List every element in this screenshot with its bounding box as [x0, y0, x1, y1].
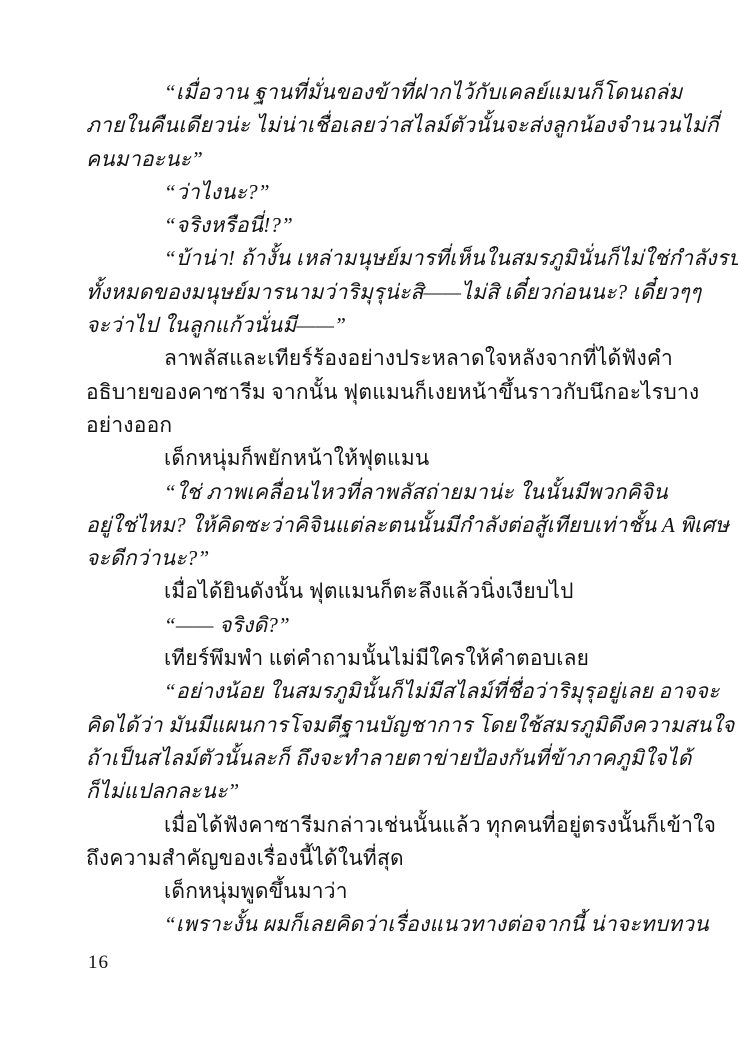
text-line: ก็ไม่แปลกละนะ” — [86, 775, 658, 808]
text-line: “บ้าน่า! ถ้างั้น เหล่ามนุษย์มารที่เห็นใน… — [86, 242, 658, 275]
text-line: “จริงหรือนี่!?” — [86, 209, 658, 242]
text-line: ถ้าเป็นสไลม์ตัวนั้นละก็ ถึงจะทำลายตาข่าย… — [86, 742, 658, 775]
text-line: ลาพลัสและเทียร์ร้องอย่างประหลาดใจหลังจาก… — [86, 342, 658, 375]
text-line: อธิบายของคาซารีม จากนั้น ฟุตแมนก็เงยหน้า… — [86, 376, 658, 409]
text-line: “เพราะงั้น ผมก็เลยคิดว่าเรื่องแนวทางต่อจ… — [86, 908, 658, 941]
text-line: “ใช่ ภาพเคลื่อนไหวที่ลาพลัสถ่ายมาน่ะ ในน… — [86, 476, 658, 509]
text-block: “เมื่อวาน ฐานที่มั่นของข้าที่ฝากไว้กับเค… — [86, 76, 658, 942]
book-page: “เมื่อวาน ฐานที่มั่นของข้าที่ฝากไว้กับเค… — [0, 0, 738, 1051]
page-number: 16 — [88, 952, 109, 974]
text-line: ถึงความสำคัญของเรื่องนี้ได้ในที่สุด — [86, 842, 658, 875]
text-line: ภายในคืนเดียวน่ะ ไม่น่าเชื่อเลยว่าสไลม์ต… — [86, 109, 658, 142]
text-line: จะดีกว่านะ?” — [86, 542, 658, 575]
text-line: เมื่อได้ฟังคาซารีมกล่าวเช่นนั้นแล้ว ทุกค… — [86, 809, 658, 842]
text-line: คนมาอะนะ” — [86, 143, 658, 176]
text-line: เมื่อได้ยินดังนั้น ฟุตแมนก็ตะลึงแล้วนิ่ง… — [86, 575, 658, 608]
text-line: “ว่าไงนะ?” — [86, 176, 658, 209]
text-line: อยู่ใช่ไหม? ให้คิดซะว่าคิจินแต่ละตนนั้นม… — [86, 509, 658, 542]
text-line: จะว่าไป ในลูกแก้วนั่นมี——” — [86, 309, 658, 342]
text-line: เด็กหนุ่มก็พยักหน้าให้ฟุตแมน — [86, 442, 658, 475]
text-line: เด็กหนุ่มพูดขึ้นมาว่า — [86, 875, 658, 908]
text-line: “—— จริงดิ?” — [86, 609, 658, 642]
text-line: “อย่างน้อย ในสมรภูมินั้นก็ไม่มีสไลม์ที่ช… — [86, 675, 658, 708]
text-line: ทั้งหมดของมนุษย์มารนามว่าริมุรุน่ะสิ——ไม… — [86, 276, 658, 309]
text-line: เทียร์พึมพำ แต่คำถามนั้นไม่มีใครให้คำตอบ… — [86, 642, 658, 675]
text-line: “เมื่อวาน ฐานที่มั่นของข้าที่ฝากไว้กับเค… — [86, 76, 658, 109]
text-line: อย่างออก — [86, 409, 658, 442]
text-line: คิดได้ว่า มันมีแผนการโจมตีฐานบัญชาการ โด… — [86, 709, 658, 742]
